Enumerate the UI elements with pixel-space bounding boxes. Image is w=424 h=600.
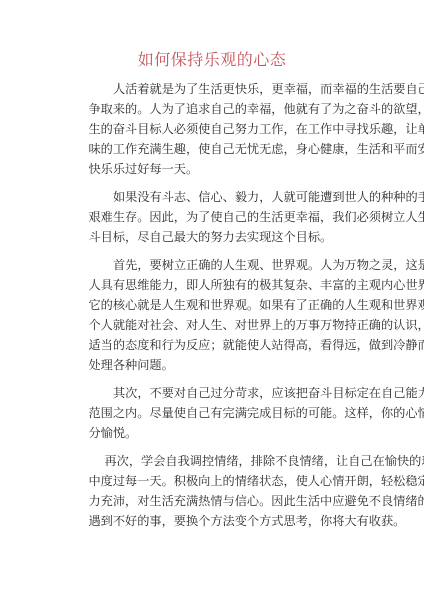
paragraph-2: 如果没有斗志、信心、毅力，人就可能遭到世人的种种的手段而 艰难生存。因此，为了使… [64,187,364,247]
text-line: 生的奋斗目标人必须使自己努力工作，在工作中寻找乐趣，让单调乏 [64,119,364,139]
text-line: 首先，要树立正确的人生观、世界观。人为万物之灵，这是因为 [64,255,364,275]
text-line: 其次，不要对自己过分苛求，应该把奋斗目标定在自己能力所及的 [64,383,364,403]
text-line: 斗目标，尽自己最大的努力去实现这个目标。 [64,227,364,247]
text-line: 再次，学会自我调控情绪，排除不良情绪，让自己在愉快的环境 [64,451,364,471]
document-page: 如何保持乐观的心态 人活着就是为了生活更快乐，更幸福，而幸福的生活要自己努力 争… [0,0,424,600]
text-line: 人活着就是为了生活更快乐，更幸福，而幸福的生活要自己努力 [64,79,364,99]
text-line: 遇到不好的事，要换个方法变个方式思考，你将大有收获。 [64,511,364,531]
text-line: 处理各种问题。 [64,355,364,375]
paragraph-3: 首先，要树立正确的人生观、世界观。人为万物之灵，这是因为 人具有思维能力，即人所… [64,255,364,375]
text-line: 艰难生存。因此，为了使自己的生活更幸福，我们必须树立人生的奋 [64,207,364,227]
text-line: 适当的态度和行为反应；就能使人站得高，看得远，做到冷静而稳妥地 [64,335,364,355]
document-title: 如何保持乐观的心态 [0,50,424,70]
paragraph-4: 其次，不要对自己过分苛求，应该把奋斗目标定在自己能力所及的 范围之内。尽量使自己… [64,383,364,443]
text-line: 如果没有斗志、信心、毅力，人就可能遭到世人的种种的手段而 [64,187,364,207]
text-line: 快乐乐过好每一天。 [64,159,364,179]
text-line: 力充沛，对生活充满热情与信心。因此生活中应避免不良情绪的发展， [64,491,364,511]
text-line: 分愉悦。 [64,423,364,443]
text-line: 人具有思维能力，即人所独有的极其复杂、丰富的主观内心世界，而 [64,275,364,295]
text-line: 争取来的。人为了追求自己的幸福，他就有了为之奋斗的欲望，为了人 [64,99,364,119]
paragraph-5: 再次，学会自我调控情绪，排除不良情绪，让自己在愉快的环境 中度过每一天。积极向上… [64,451,364,531]
text-line: 中度过每一天。积极向上的情绪状态，使人心情开朗，轻松稳定，精 [64,471,364,491]
text-line: 个人就能对社会、对人生、对世界上的万事万物持正确的认识，能采取 [64,315,364,335]
text-line: 它的核心就是人生观和世界观。如果有了正确的人生观和世界观，一 [64,295,364,315]
document-body: 人活着就是为了生活更快乐，更幸福，而幸福的生活要自己努力 争取来的。人为了追求自… [64,79,364,539]
text-line: 范围之内。尽量使自己有完满完成目标的可能。这样，你的心情就会十 [64,403,364,423]
text-line: 味的工作充满生趣，使自己无忧无虑，身心健康，生活和平而安逸， 快 [64,139,364,159]
paragraph-1: 人活着就是为了生活更快乐，更幸福，而幸福的生活要自己努力 争取来的。人为了追求自… [64,79,364,179]
